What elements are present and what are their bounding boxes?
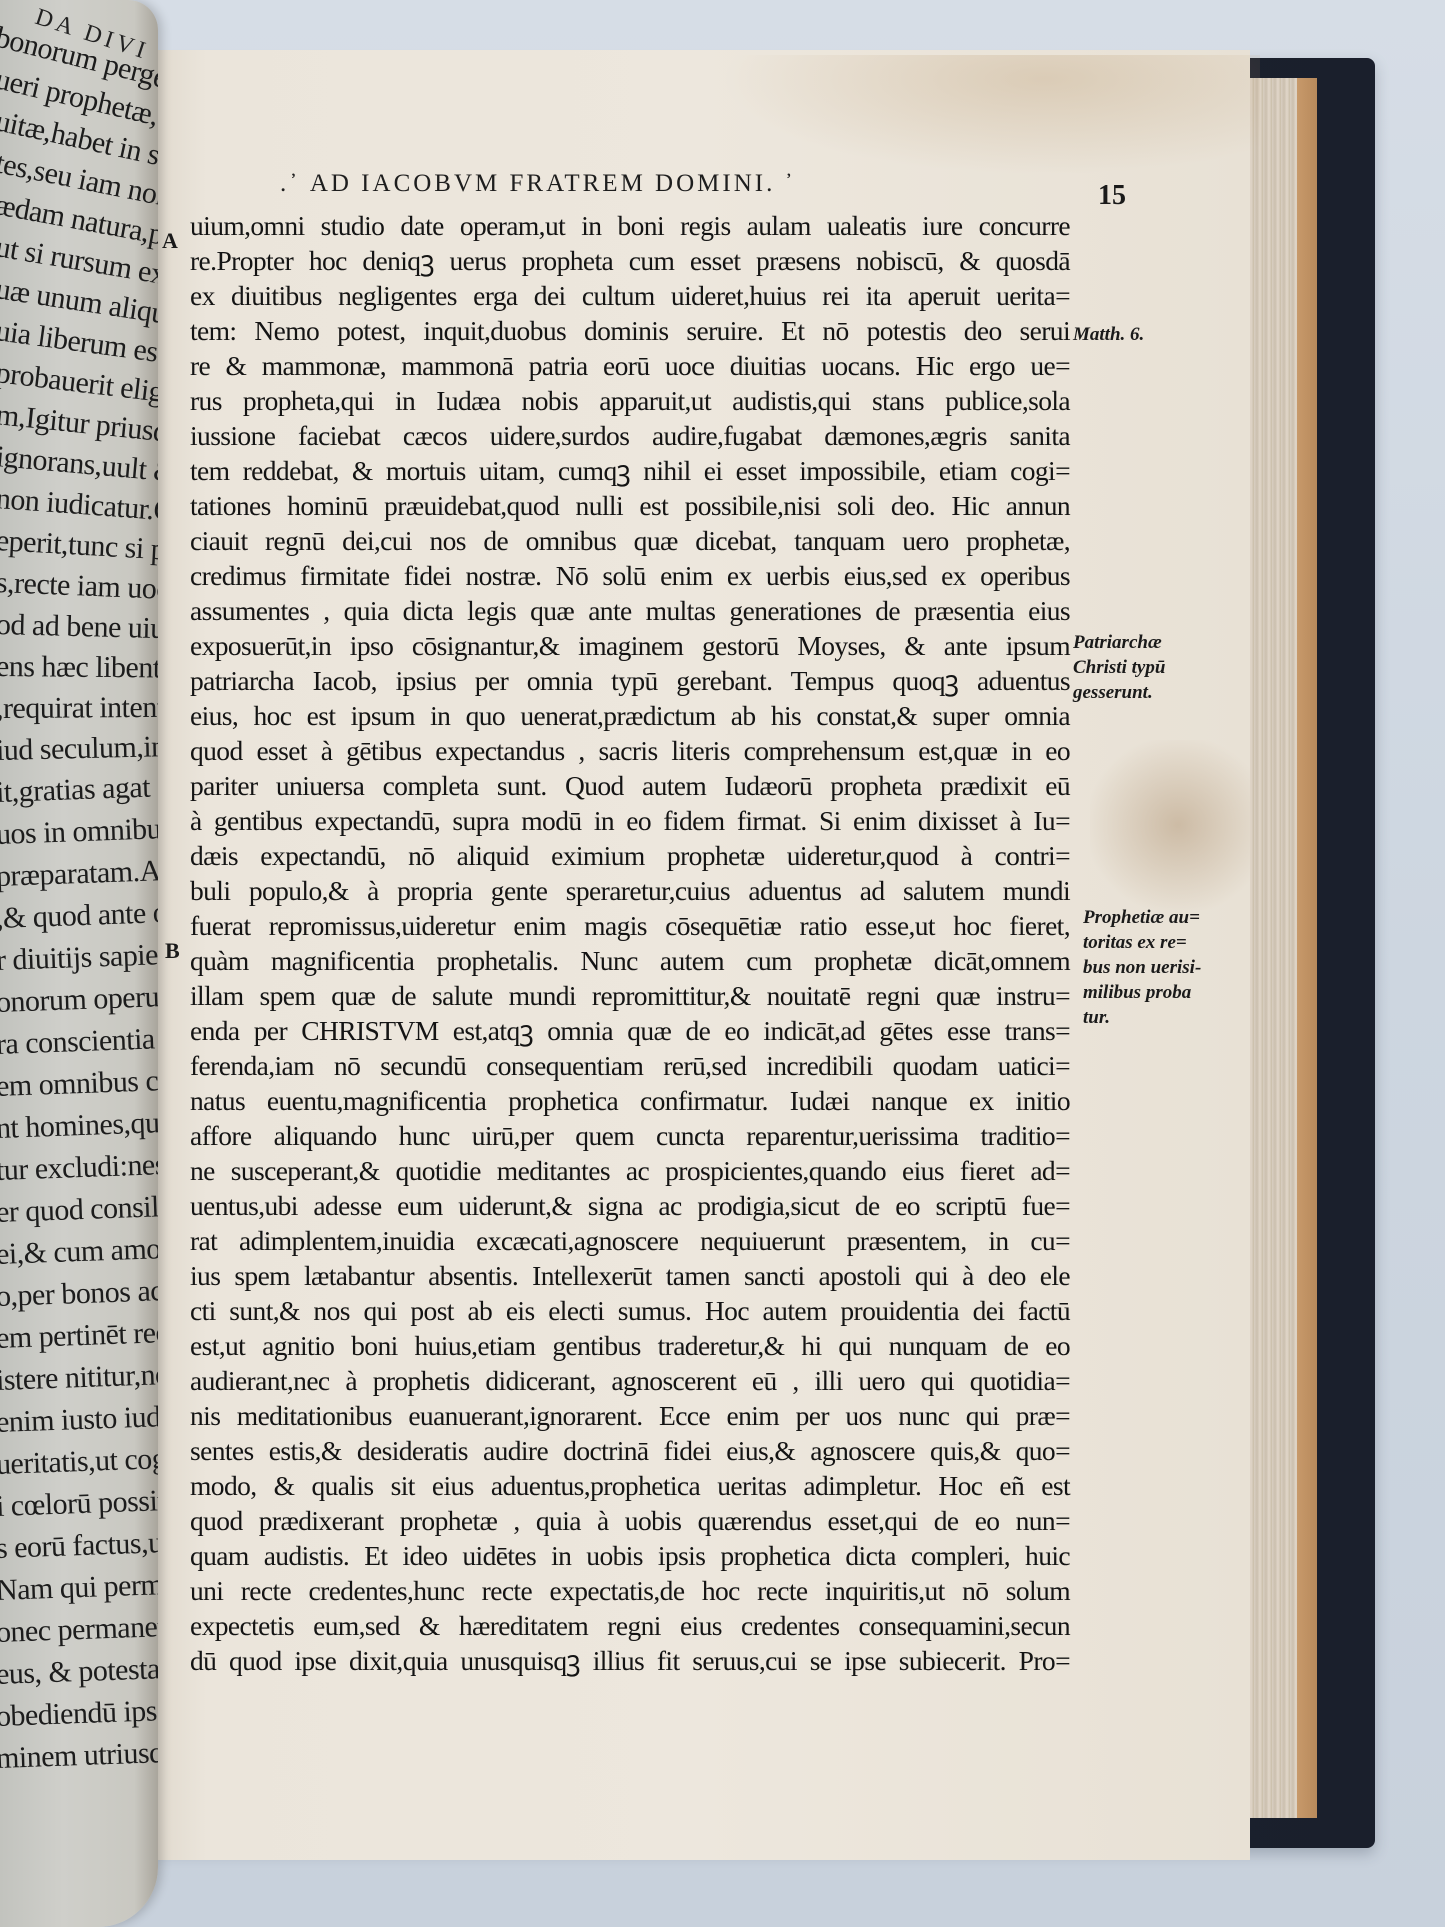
endpaper-edge xyxy=(1297,78,1317,1818)
section-letter-b: B xyxy=(165,938,180,964)
left-page-text-line: nt homines,quantū b xyxy=(0,1104,158,1146)
text-line: ciauit regnū dei,cui nos de omnibus quæ … xyxy=(190,523,1070,558)
text-line: eius, hoc est ipsum in quo uenerat,prædi… xyxy=(190,698,1070,733)
left-page-text-line: ignorans,uult & xyxy=(0,440,158,490)
margin-note-line: Christi typū xyxy=(1073,655,1165,680)
text-line: tem reddebat, & mortuis uitam, cumqꝫ nih… xyxy=(190,453,1070,488)
text-line: tationes hominū præuidebat,quod nulli es… xyxy=(190,488,1070,523)
text-line: re.Propter hoc deniqꝫ uerus propheta cum… xyxy=(190,243,1070,278)
text-line: enda per CHRISTVM est,atqꝫ omnia quæ de … xyxy=(190,1013,1070,1048)
margin-note-line: Prophetiæ au= xyxy=(1083,905,1201,930)
text-line: quod prædixerant prophetæ , quia à uobis… xyxy=(190,1503,1070,1538)
page-block-edges xyxy=(1245,78,1297,1818)
running-head: .᾽ AD IACOBVM FRATREM DOMINI. ᾽ xyxy=(280,170,796,198)
text-line: quàm magnificentia prophetalis. Nunc aut… xyxy=(190,943,1070,978)
text-line: cti sunt,& nos qui post ab eis electi su… xyxy=(190,1293,1070,1328)
text-line: pariter uniuersa completa sunt. Quod aut… xyxy=(190,768,1070,803)
margin-note-prophecy: Prophetiæ au= toritas ex re= bus non uer… xyxy=(1083,905,1201,1030)
text-line: ex diuitibus negligentes erga dei cultum… xyxy=(190,278,1070,313)
left-page-text-line: iud seculum,in quo bon xyxy=(0,728,158,768)
text-line: tem: Nemo potest, inquit,duobus dominis … xyxy=(190,313,1070,348)
left-page-text-line: s,recte iam uocatur xyxy=(0,566,158,609)
text-line: uni recte credentes,hunc recte expectati… xyxy=(190,1573,1070,1608)
left-page-text-line: o,per bonos actus læ xyxy=(0,1272,158,1314)
left-page-text-line: onorum operum dele xyxy=(0,978,158,1020)
text-line: nis meditationibus euanuerant,ignorarent… xyxy=(190,1398,1070,1433)
text-line: buli populo,& à propria gente speraretur… xyxy=(190,873,1070,908)
left-page-text-line: obediendū ipse subie xyxy=(0,1692,158,1734)
text-line: est,ut agnitio boni huius,etiam gentibus… xyxy=(190,1328,1070,1363)
text-line: exposuerūt,in ipso cōsignantur,& imagine… xyxy=(190,628,1070,663)
page-number: 15 xyxy=(1098,180,1126,212)
left-page-text-line: it,gratias agat deo,qu xyxy=(0,768,158,810)
text-line: credimus firmitate fidei nostræ. Nō solū… xyxy=(190,558,1070,593)
text-line: sentes estis,& desideratis audire doctri… xyxy=(190,1433,1070,1468)
left-page-text-line: eus, & potestatem d xyxy=(0,1650,158,1692)
left-page-text-line: istere nititur,non ex xyxy=(0,1356,158,1398)
text-line: uium,omni studio date operam,ut in boni … xyxy=(190,208,1070,243)
text-line: expectetis eum,sed & hæreditatem regni e… xyxy=(190,1608,1070,1643)
text-line: iussione faciebat cæcos uidere,surdos au… xyxy=(190,418,1070,453)
text-line: ne susceperant,& quotidie meditantes ac … xyxy=(190,1153,1070,1188)
text-line: rat adimplentem,inuidia excæcati,agnosce… xyxy=(190,1223,1070,1258)
margin-note-line: gesserunt. xyxy=(1073,680,1165,705)
margin-note-line: Patriarchæ xyxy=(1073,630,1165,655)
text-line: fuerat repromissus,uideretur enim magis … xyxy=(190,908,1070,943)
left-page-text-line: onec permanet in mal xyxy=(0,1607,158,1650)
left-page-text-line: em omnibus carere no xyxy=(0,1061,158,1104)
water-stain-margin xyxy=(1090,740,1250,910)
text-line: audierant,nec à prophetis didicerant, ag… xyxy=(190,1363,1070,1398)
text-line: patriarcha Iacob, ipsius per omnia typū … xyxy=(190,663,1070,698)
margin-note-line: toritas ex re= xyxy=(1083,930,1201,955)
margin-note-patriarchs: Patriarchæ Christi typū gesserunt. xyxy=(1073,630,1165,705)
left-page-text-line: ,requirat intentius,& xyxy=(0,690,158,726)
text-line: dū quod ipse dixit,quia unusquisqꝫ illiu… xyxy=(190,1643,1070,1678)
text-line: assumentes , quia dicta legis quæ ante m… xyxy=(190,593,1070,628)
margin-note-line: tur. xyxy=(1083,1005,1201,1030)
left-page-text-line: i cœlorū possit pa xyxy=(0,1483,158,1524)
left-page-text-line: r diuitijs sapientiæ xyxy=(0,937,158,978)
margin-note-line: bus non uerisi- xyxy=(1083,955,1201,980)
text-line: natus euentu,magnificentia prophetica co… xyxy=(190,1083,1070,1118)
left-page-text-line: s eorū factus,ut ita xyxy=(0,1525,158,1566)
left-page-text-line: ueritatis,ut cognitis xyxy=(0,1440,158,1482)
text-line: affore aliquando hunc uirū,per quem cunc… xyxy=(190,1118,1070,1153)
left-page-text-line: eperit,tunc si pe xyxy=(0,524,158,568)
section-letter-a: A xyxy=(162,228,178,254)
text-line: quam audistis. Et ideo uidētes in uobis … xyxy=(190,1538,1070,1573)
left-page-text-line: od ad bene uiuendū xyxy=(0,608,158,647)
left-page-text-line: ens hæc libenter accipi xyxy=(0,650,158,686)
text-line: uentus,ubi adesse eum uiderunt,& signa a… xyxy=(190,1188,1070,1223)
margin-note-line: milibus proba xyxy=(1083,980,1201,1005)
text-line: ferenda,iam nō secundū consequentiam rer… xyxy=(190,1048,1070,1083)
left-page-text-line: ra conscientia peruenir xyxy=(0,1019,158,1062)
left-page-text-line: non iudicatur.C xyxy=(0,482,158,529)
text-line: quod esset à gētibus expectandus , sacri… xyxy=(190,733,1070,768)
left-page-text-line: minem utriusq regni xyxy=(0,1734,158,1776)
text-line: dæis expectandū, nō aliquid eximium prop… xyxy=(190,838,1070,873)
body-text: uium,omni studio date operam,ut in boni … xyxy=(190,208,1070,1678)
left-page-text-line: ei,& cum amore ueritatis xyxy=(0,1228,158,1272)
margin-note-matthew: Matth. 6. xyxy=(1073,322,1144,347)
text-line: à gentibus expectandū, supra modū in eo … xyxy=(190,803,1070,838)
text-line: rus propheta,qui in Iudæa nobis apparuit… xyxy=(190,383,1070,418)
left-page-text-line: enim iusto iudicio xyxy=(0,1399,158,1440)
running-head-text: AD IACOBVM FRATREM DOMINI. xyxy=(310,170,776,197)
text-line: modo, & qualis sit eius aduentus,prophet… xyxy=(190,1468,1070,1503)
left-page: DA DIVI bonorum pergeueri prophetæ,uiuit… xyxy=(0,0,158,1927)
left-page-text-line: Nam qui permanet xyxy=(0,1566,158,1607)
text-line: ius spem lætabantur absentis. Intellexer… xyxy=(190,1258,1070,1293)
left-page-text-line: tur excludi:nesciunt xyxy=(0,1146,158,1188)
margin-note-line: Matth. 6. xyxy=(1073,322,1144,347)
text-line: illam spem quæ de salute mundi repromitt… xyxy=(190,978,1070,1013)
left-page-text-line: ,& quod ante oculos pos xyxy=(0,892,158,936)
left-page-text-line: em pertinēt recipere xyxy=(0,1314,158,1356)
running-head-ornament: ᾽ xyxy=(775,170,796,197)
left-page-text-line: præparatam.Admirans per xyxy=(0,849,158,894)
water-stain-top xyxy=(720,55,1260,175)
running-head-ornament: .᾽ xyxy=(280,170,310,197)
left-page-text-line: er quod consilium do xyxy=(0,1187,158,1229)
text-line: re & mammonæ, mammonā patria eorū uoce d… xyxy=(190,348,1070,383)
left-page-text-line: uos in omnibus operibus xyxy=(0,808,158,852)
